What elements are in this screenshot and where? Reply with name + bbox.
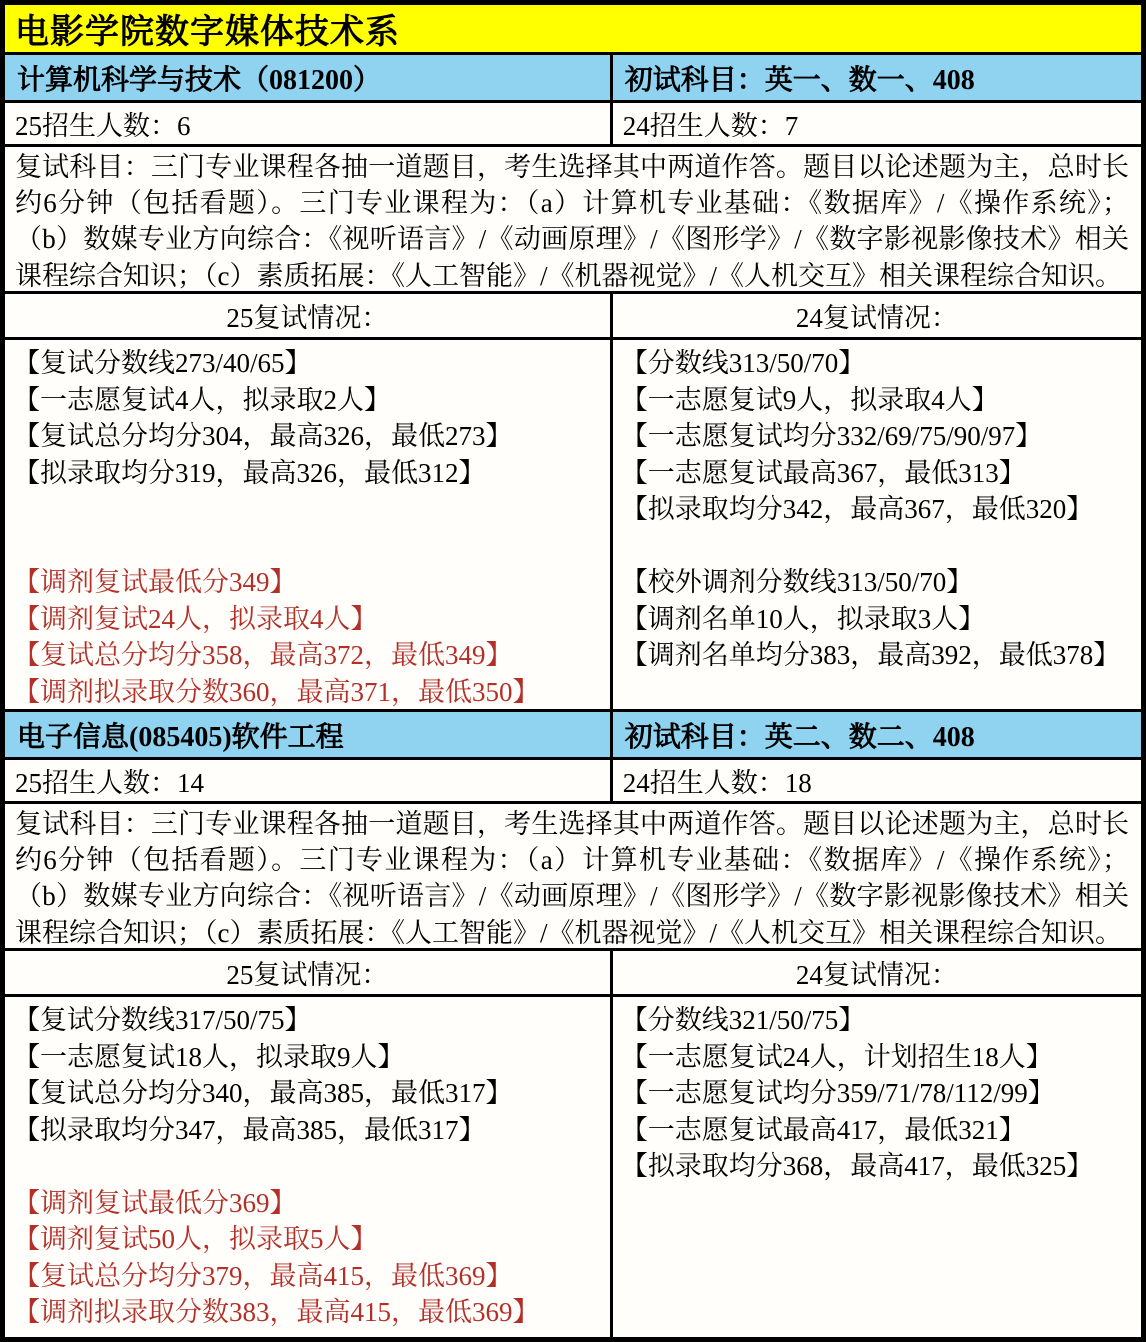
result-line <box>13 491 602 528</box>
retest-results-row: 【复试分数线317/50/75】【一志愿复试18人，拟录取9人】【复试总分均分3… <box>5 994 1141 1337</box>
retest-25-results: 【复试分数线273/40/65】【一志愿复试4人，拟录取2人】【复试总分均分30… <box>5 340 613 709</box>
retest-25-results: 【复试分数线317/50/75】【一志愿复试18人，拟录取9人】【复试总分均分3… <box>5 997 613 1337</box>
result-line: 【分数线313/50/70】 <box>621 345 1133 382</box>
result-line: 【调剂拟录取分数383，最高415，最低369】 <box>13 1294 602 1331</box>
result-line: 【复试总分均分340，最高385，最低317】 <box>13 1075 602 1112</box>
result-line: 【调剂拟录取分数360，最高371，最低350】 <box>13 674 602 711</box>
result-line: 【复试分数线273/40/65】 <box>13 345 602 382</box>
result-line: 【拟录取均分342，最高367，最低320】 <box>621 491 1133 528</box>
result-line: 【复试总分均分379，最高415，最低369】 <box>13 1258 602 1295</box>
result-line: 【一志愿复试最高417，最低321】 <box>621 1112 1133 1149</box>
result-line: 【拟录取均分347，最高385，最低317】 <box>13 1112 602 1149</box>
result-line: 【拟录取均分319，最高326，最低312】 <box>13 455 602 492</box>
retest-25-header: 25复试情况： <box>5 294 613 337</box>
result-line: 【复试总分均分304，最高326，最低273】 <box>13 418 602 455</box>
retest-25-header: 25复试情况： <box>5 951 613 994</box>
result-line: 【分数线321/50/75】 <box>621 1002 1133 1039</box>
retest-subheader-row: 25复试情况： 24复试情况： <box>5 948 1141 994</box>
retest-24-results: 【分数线321/50/75】【一志愿复试24人，计划招生18人】【一志愿复试均分… <box>613 997 1141 1337</box>
retest-subjects-note: 复试科目：三门专业课程各抽一道题目，考生选择其中两道作答。题目以论述题为主，总时… <box>5 801 1141 948</box>
retest-24-results: 【分数线313/50/70】【一志愿复试9人，拟录取4人】【一志愿复试均分332… <box>613 340 1141 709</box>
result-line: 【复试分数线317/50/75】 <box>13 1002 602 1039</box>
retest-24-header: 24复试情况： <box>613 951 1141 994</box>
result-line: 【调剂复试最低分369】 <box>13 1185 602 1222</box>
quota-25: 25招生人数：6 <box>5 103 613 144</box>
result-line: 【调剂复试最低分349】 <box>13 564 602 601</box>
result-line: 【一志愿复试18人，拟录取9人】 <box>13 1039 602 1076</box>
initial-subjects: 初试科目：英一、数一、408 <box>613 55 1141 100</box>
quota-row: 25招生人数：6 24招生人数：7 <box>5 100 1141 144</box>
retest-24-header: 24复试情况： <box>613 294 1141 337</box>
result-line: 【一志愿复试均分332/69/75/90/97】 <box>621 418 1133 455</box>
result-line: 【校外调剂分数线313/50/70】 <box>621 564 1133 601</box>
result-line: 【复试总分均分358，最高372，最低349】 <box>13 637 602 674</box>
retest-subheader-row: 25复试情况： 24复试情况： <box>5 291 1141 337</box>
result-line <box>13 1148 602 1185</box>
result-line: 【一志愿复试4人，拟录取2人】 <box>13 382 602 419</box>
retest-subjects-note: 复试科目：三门专业课程各抽一道题目，考生选择其中两道作答。题目以论述题为主，总时… <box>5 144 1141 291</box>
result-line: 【一志愿复试24人，计划招生18人】 <box>621 1039 1133 1076</box>
result-line: 【调剂复试24人，拟录取4人】 <box>13 601 602 638</box>
result-line: 【一志愿复试均分359/71/78/112/99】 <box>621 1075 1133 1112</box>
result-line: 【调剂名单10人，拟录取3人】 <box>621 601 1133 638</box>
result-line: 【一志愿复试9人，拟录取4人】 <box>621 382 1133 419</box>
quota-25: 25招生人数：14 <box>5 760 613 801</box>
program-name: 电子信息(085405)软件工程 <box>5 712 613 757</box>
quota-24: 24招生人数：18 <box>613 760 1141 801</box>
department-title: 电影学院数字媒体技术系 <box>5 5 1141 52</box>
result-line: 【调剂复试50人，拟录取5人】 <box>13 1221 602 1258</box>
result-line <box>621 528 1133 565</box>
program-header-row: 电子信息(085405)软件工程 初试科目：英二、数二、408 <box>5 709 1141 757</box>
program-header-row: 计算机科学与技术（081200） 初试科目：英一、数一、408 <box>5 52 1141 100</box>
quota-row: 25招生人数：14 24招生人数：18 <box>5 757 1141 801</box>
retest-results-row: 【复试分数线273/40/65】【一志愿复试4人，拟录取2人】【复试总分均分30… <box>5 337 1141 709</box>
quota-24: 24招生人数：7 <box>613 103 1141 144</box>
admissions-table: 电影学院数字媒体技术系 计算机科学与技术（081200） 初试科目：英一、数一、… <box>0 0 1146 1342</box>
result-line <box>13 528 602 565</box>
result-line: 【一志愿复试最高367，最低313】 <box>621 455 1133 492</box>
initial-subjects: 初试科目：英二、数二、408 <box>613 712 1141 757</box>
result-line: 【拟录取均分368，最高417，最低325】 <box>621 1148 1133 1185</box>
program-name: 计算机科学与技术（081200） <box>5 55 613 100</box>
result-line: 【调剂名单均分383，最高392，最低378】 <box>621 637 1133 674</box>
